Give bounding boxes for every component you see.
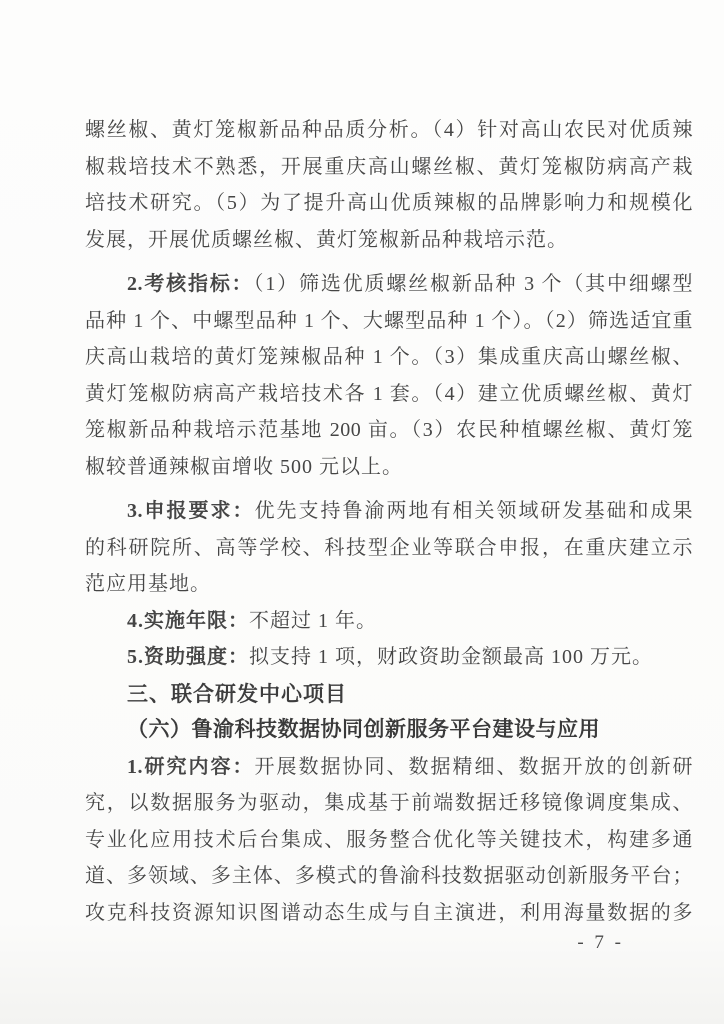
page-number: - 7 - <box>577 932 624 954</box>
paragraph-text: 拟支持 1 项，财政资助金额最高 100 万元。 <box>249 646 653 668</box>
paragraph-label: 2.考核指标： <box>127 273 254 295</box>
text-line: 5.资助强度：拟支持 1 项，财政资助金额最高 100 万元。 <box>85 639 693 676</box>
text-line: 4.实施年限：不超过 1 年。 <box>85 603 693 640</box>
document-body: 螺丝椒、黄灯笼椒新品种品质分析。（4）针对高山农民对优质辣 椒栽培技术不熟悉，开… <box>85 112 693 931</box>
text-line: 2.考核指标：（1）筛选优质螺丝椒新品种 3 个（其中细螺型 <box>85 266 693 303</box>
paragraph-label: 5.资助强度： <box>127 646 249 668</box>
paragraph-text: （1）筛选优质螺丝椒新品种 3 个（其中细螺型 <box>254 273 694 295</box>
paragraph-label: 1.研究内容： <box>127 756 255 778</box>
text-line: 1.研究内容：开展数据协同、数据精细、数据开放的创新研 <box>85 749 693 786</box>
paragraph-text: 优先支持鲁渝两地有相关领域研发基础和成果 <box>255 500 694 522</box>
text-line: 黄灯笼椒防病高产栽培技术各 1 套。（4）建立优质螺丝椒、黄灯 <box>85 376 693 413</box>
text-line: 的科研院所、高等学校、科技型企业等联合申报，在重庆建立示 <box>85 530 693 567</box>
text-line: 螺丝椒、黄灯笼椒新品种品质分析。（4）针对高山农民对优质辣 <box>85 112 693 149</box>
text-line: 品种 1 个、中螺型品种 1 个、大螺型品种 1 个）。（2）筛选适宜重 <box>85 303 693 340</box>
text-line: 专业化应用技术后台集成、服务整合优化等关键技术，构建多通 <box>85 822 693 859</box>
section-heading: 三、联合研发中心项目 <box>85 676 693 713</box>
paragraph-assessment-indicators: 2.考核指标：（1）筛选优质螺丝椒新品种 3 个（其中细螺型 品种 1 个、中螺… <box>85 266 693 485</box>
text-line: 笼椒新品种栽培示范基地 200 亩。（3）农民种植螺丝椒、黄灯笼 <box>85 412 693 449</box>
paragraph-variety-quality: 螺丝椒、黄灯笼椒新品种品质分析。（4）针对高山农民对优质辣 椒栽培技术不熟悉，开… <box>85 112 693 258</box>
text-line: 椒较普通辣椒亩增收 500 元以上。 <box>85 449 693 486</box>
paragraph-label: 4.实施年限： <box>127 610 249 632</box>
text-line: 3.申报要求：优先支持鲁渝两地有相关领域研发基础和成果 <box>85 493 693 530</box>
paragraph-text: 开展数据协同、数据精细、数据开放的创新研 <box>255 756 694 778</box>
project-heading: （六）鲁渝科技数据协同创新服务平台建设与应用 <box>85 712 693 749</box>
text-line: 究，以数据服务为驱动，集成基于前端数据迁移镜像调度集成、 <box>85 785 693 822</box>
paragraph-funding-intensity: 5.资助强度：拟支持 1 项，财政资助金额最高 100 万元。 <box>85 639 693 676</box>
text-line: 发展，开展优质螺丝椒、黄灯笼椒新品种栽培示范。 <box>85 222 693 259</box>
document-page: 螺丝椒、黄灯笼椒新品种品质分析。（4）针对高山农民对优质辣 椒栽培技术不熟悉，开… <box>0 0 724 1024</box>
text-line: 椒栽培技术不熟悉，开展重庆高山螺丝椒、黄灯笼椒防病高产栽 <box>85 149 693 186</box>
paragraph-application-requirements: 3.申报要求：优先支持鲁渝两地有相关领域研发基础和成果 的科研院所、高等学校、科… <box>85 493 693 603</box>
paragraph-implementation-period: 4.实施年限：不超过 1 年。 <box>85 603 693 640</box>
paragraph-label: 3.申报要求： <box>127 500 255 522</box>
text-line: 道、多领域、多主体、多模式的鲁渝科技数据驱动创新服务平台； <box>85 858 693 895</box>
text-line: 培技术研究。（5）为了提升高山优质辣椒的品牌影响力和规模化 <box>85 185 693 222</box>
paragraph-text: 不超过 1 年。 <box>249 610 377 632</box>
text-line: 攻克科技资源知识图谱动态生成与自主演进，利用海量数据的多 <box>85 895 693 932</box>
text-line: 庆高山栽培的黄灯笼辣椒品种 1 个。（3）集成重庆高山螺丝椒、 <box>85 339 693 376</box>
paragraph-research-content: 1.研究内容：开展数据协同、数据精细、数据开放的创新研 究，以数据服务为驱动，集… <box>85 749 693 932</box>
text-line: 范应用基地。 <box>85 566 693 603</box>
